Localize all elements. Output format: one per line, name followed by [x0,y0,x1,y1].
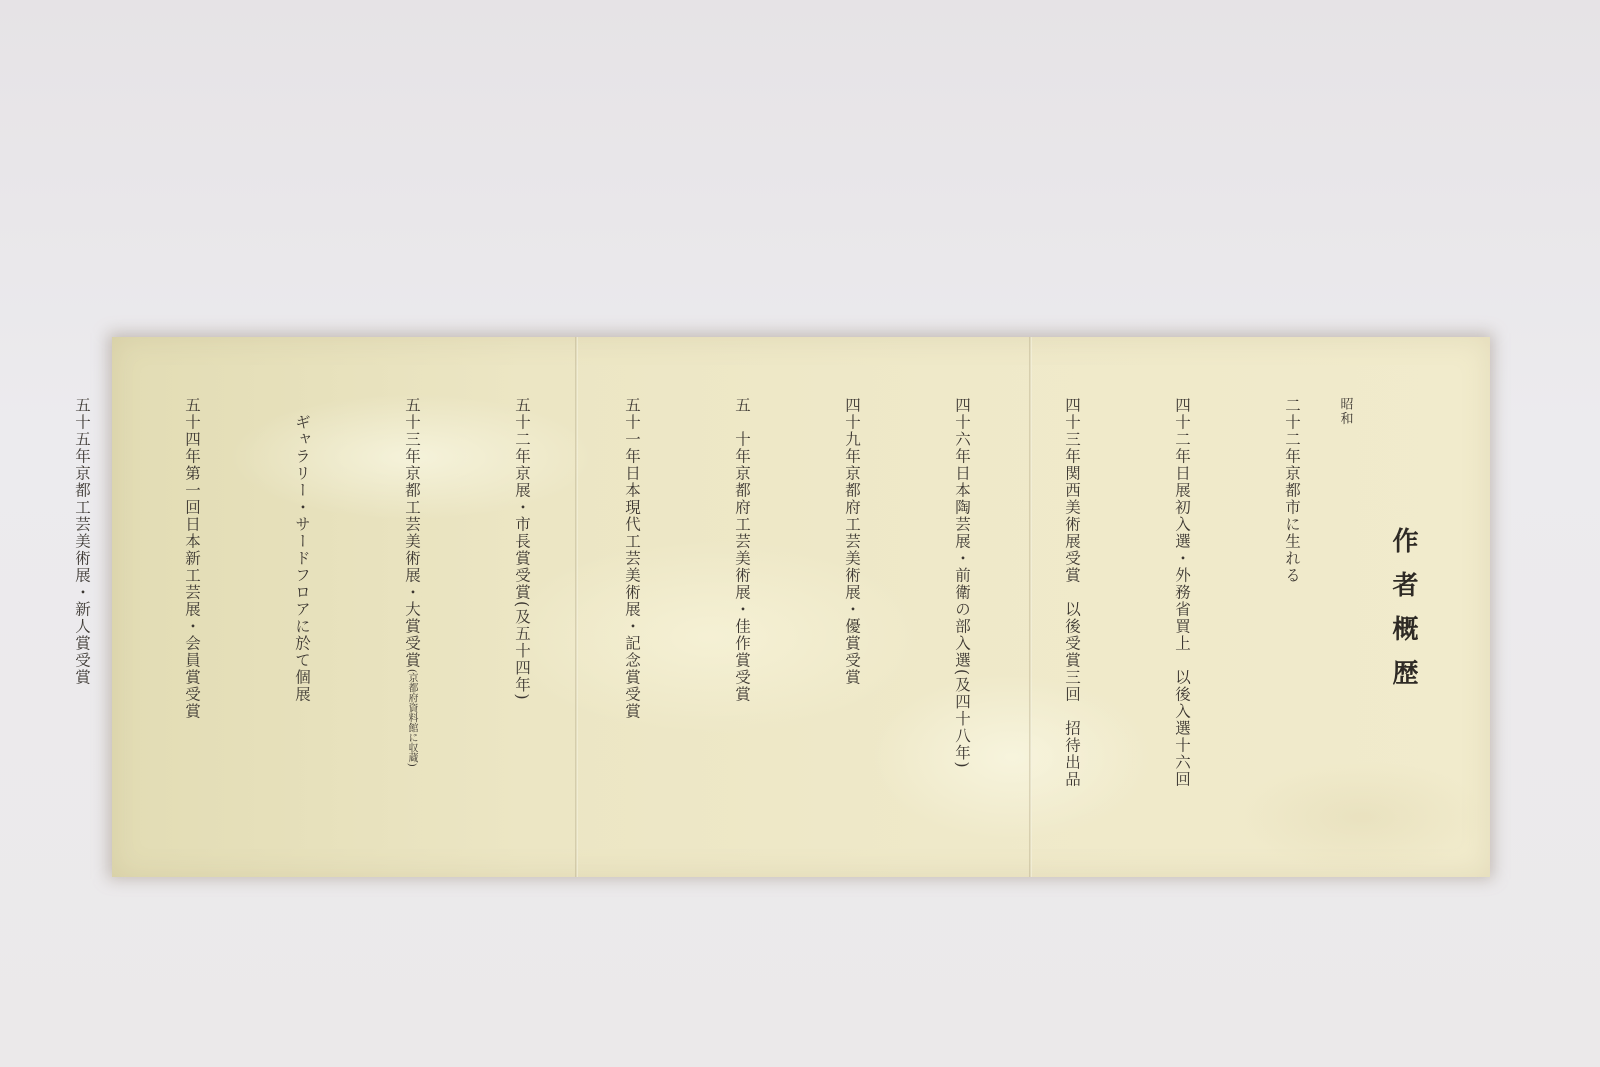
biography-content: 作者概歴 昭和 二十二年京都市に生れる 四十二年日展初入選・外務省買上 以後入選… [0,397,1412,857]
entry-text: 第一回日本新工芸展・会員賞受賞 [91,465,201,720]
entry-text: 日本現代工芸美術展・記念賞受賞 [531,465,641,720]
entry-text: 京都府工芸美術展・佳作賞受賞 [641,465,751,703]
entry-text: 京都市に生れる [1191,465,1301,584]
entry-text: 京展・市長賞受賞(及五十四年) [421,465,531,701]
entry-row: 五十二年京展・市長賞受賞(及五十四年) [421,397,531,857]
entry-row: 五十四年第一回日本新工芸展・会員賞受賞 [91,397,201,857]
entry-text: 日本陶芸展・前衛の部入選(及四十八年) [861,465,971,769]
entry-row: 四十二年日展初入選・外務省買上 以後入選十六回 [1081,397,1191,857]
entry-row: 二十二年京都市に生れる [1191,397,1301,857]
entry-year: 四十九年 [751,397,861,465]
entry-year: 四十二年 [1081,397,1191,465]
entry-year: 五十二年 [421,397,531,465]
entry-year: 五 十年 [641,397,751,465]
entry-year: 五十三年 [311,397,421,465]
folded-leaflet: 作者概歴 昭和 二十二年京都市に生れる 四十二年日展初入選・外務省買上 以後入選… [112,337,1490,877]
entry-row: 五 十年京都府工芸美術展・佳作賞受賞 [641,397,751,857]
entry-year: 四十六年 [861,397,971,465]
entry-text: 関西美術展受賞 以後受賞三回 招待出品 [971,465,1081,788]
entry-year: 五十一年 [531,397,641,465]
entry-note: (京都府資料館に収蔵) [311,669,421,767]
entry-year: 二十二年 [1191,397,1301,465]
entry-text: ギャラリー・サードフロアに於て個展 [201,414,311,703]
entry-text: 京都工芸美術展・大賞受賞 [311,465,421,669]
entry-row: 四十六年日本陶芸展・前衛の部入選(及四十八年) [861,397,971,857]
entry-row: 五十五年京都工芸美術展・新人賞受賞 [0,397,91,857]
era-label: 昭和 [1335,397,1355,857]
entry-row: ギャラリー・サードフロアに於て個展 [201,397,311,857]
entry-year: 五十四年 [91,397,201,465]
entry-text: 日展初入選・外務省買上 以後入選十六回 [1081,465,1191,788]
entry-year: 五十五年 [0,397,91,465]
entry-row: 四十三年関西美術展受賞 以後受賞三回 招待出品 [971,397,1081,857]
entry-row: 五十三年京都工芸美術展・大賞受賞(京都府資料館に収蔵) [311,397,421,857]
entry-text: 京都府工芸美術展・優賞受賞 [751,465,861,686]
entry-year: 四十三年 [971,397,1081,465]
entry-row: 五十一年日本現代工芸美術展・記念賞受賞 [531,397,641,857]
entry-text: 京都工芸美術展・新人賞受賞 [0,465,91,686]
entry-row: 四十九年京都府工芸美術展・優賞受賞 [751,397,861,857]
document-title: 作者概歴 [1393,527,1413,857]
